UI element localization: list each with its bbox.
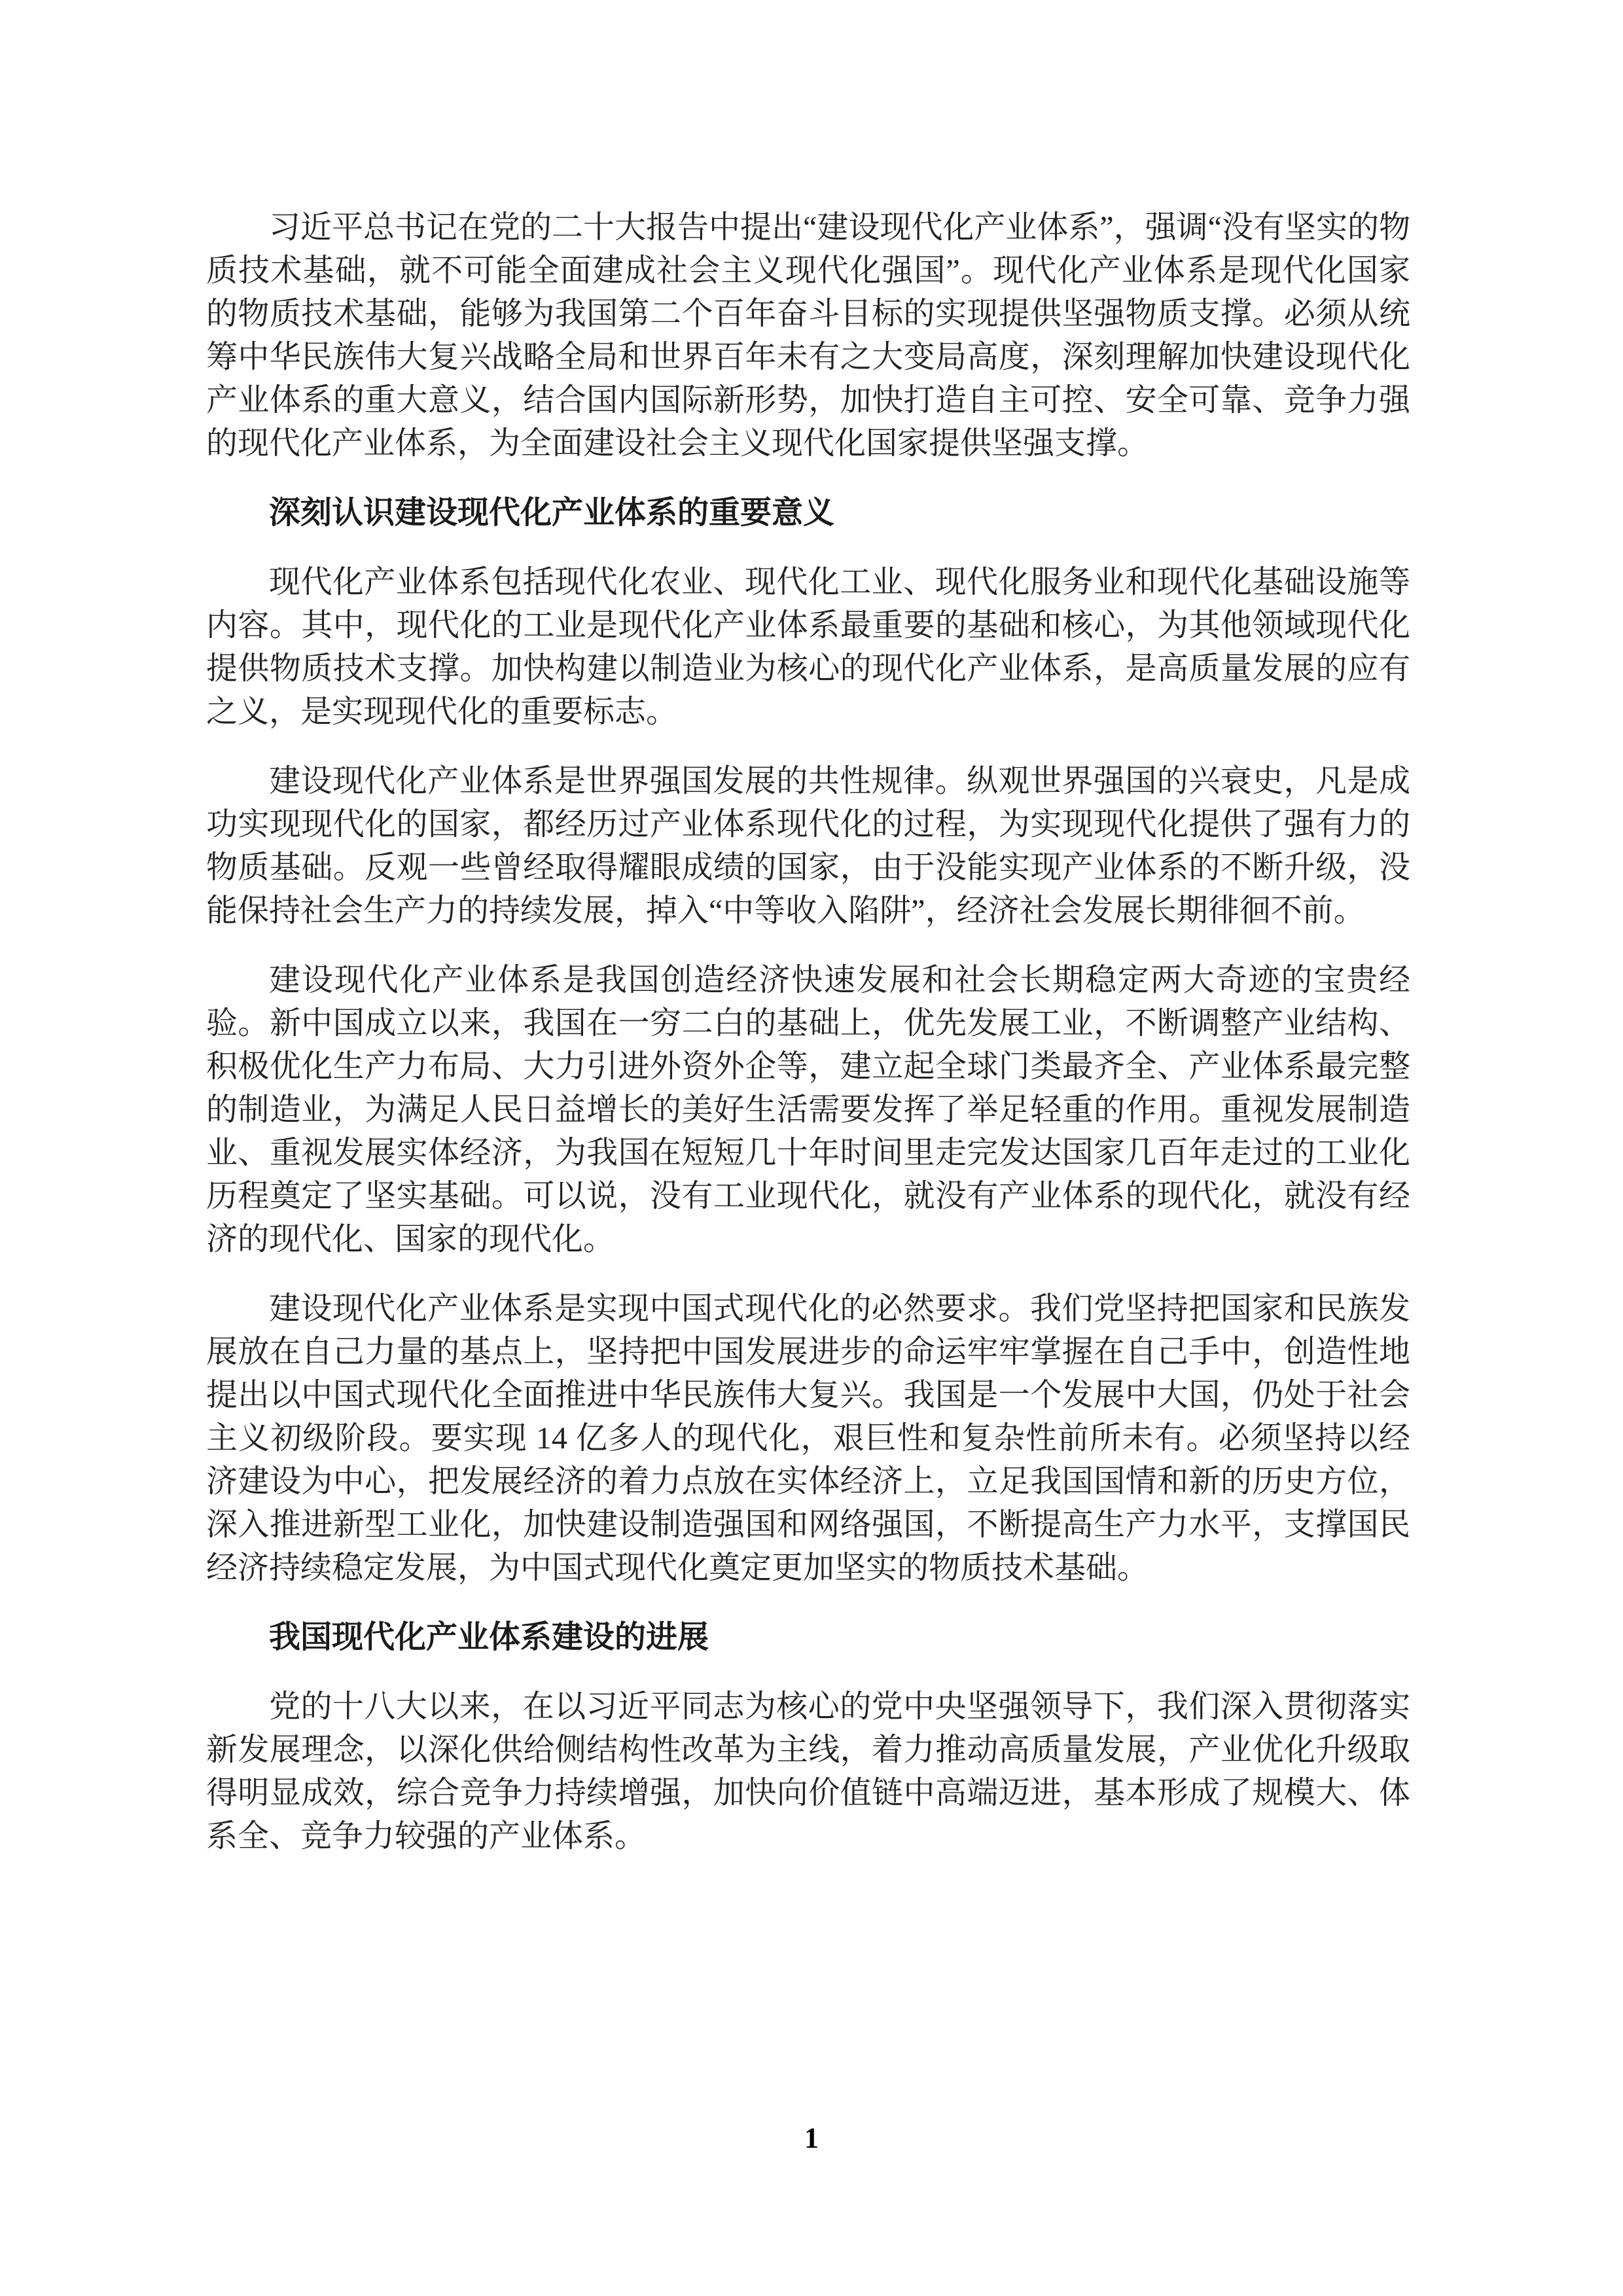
- document-body: 习近平总书记在党的二十大报告中提出“建设现代化产业体系”，强调“没有坚实的物质技…: [206, 206, 1410, 1884]
- section-heading-significance: 深刻认识建设现代化产业体系的重要意义: [206, 492, 1410, 535]
- paragraph-chinese-modernization: 建设现代化产业体系是实现中国式现代化的必然要求。我们党坚持把国家和民族发展放在自…: [206, 1287, 1410, 1590]
- paragraph-system-components: 现代化产业体系包括现代化农业、现代化工业、现代化服务业和现代化基础设施等内容。其…: [206, 561, 1410, 734]
- paragraph-china-experience: 建设现代化产业体系是我国创造经济快速发展和社会长期稳定两大奇迹的宝贵经验。新中国…: [206, 959, 1410, 1261]
- paragraph-intro: 习近平总书记在党的二十大报告中提出“建设现代化产业体系”，强调“没有坚实的物质技…: [206, 206, 1410, 465]
- paragraph-world-powers-law: 建设现代化产业体系是世界强国发展的共性规律。纵观世界强国的兴衰史，凡是成功实现现…: [206, 760, 1410, 933]
- paragraph-since-18th-congress: 党的十八大以来，在以习近平同志为核心的党中央坚强领导下，我们深入贯彻落实新发展理…: [206, 1685, 1410, 1858]
- page-footer: 1: [0, 2123, 1623, 2154]
- section-heading-progress: 我国现代化产业体系建设的进展: [206, 1616, 1410, 1659]
- document-page: 习近平总书记在党的二十大报告中提出“建设现代化产业体系”，强调“没有坚实的物质技…: [0, 0, 1623, 2296]
- page-number: 1: [804, 2122, 819, 2154]
